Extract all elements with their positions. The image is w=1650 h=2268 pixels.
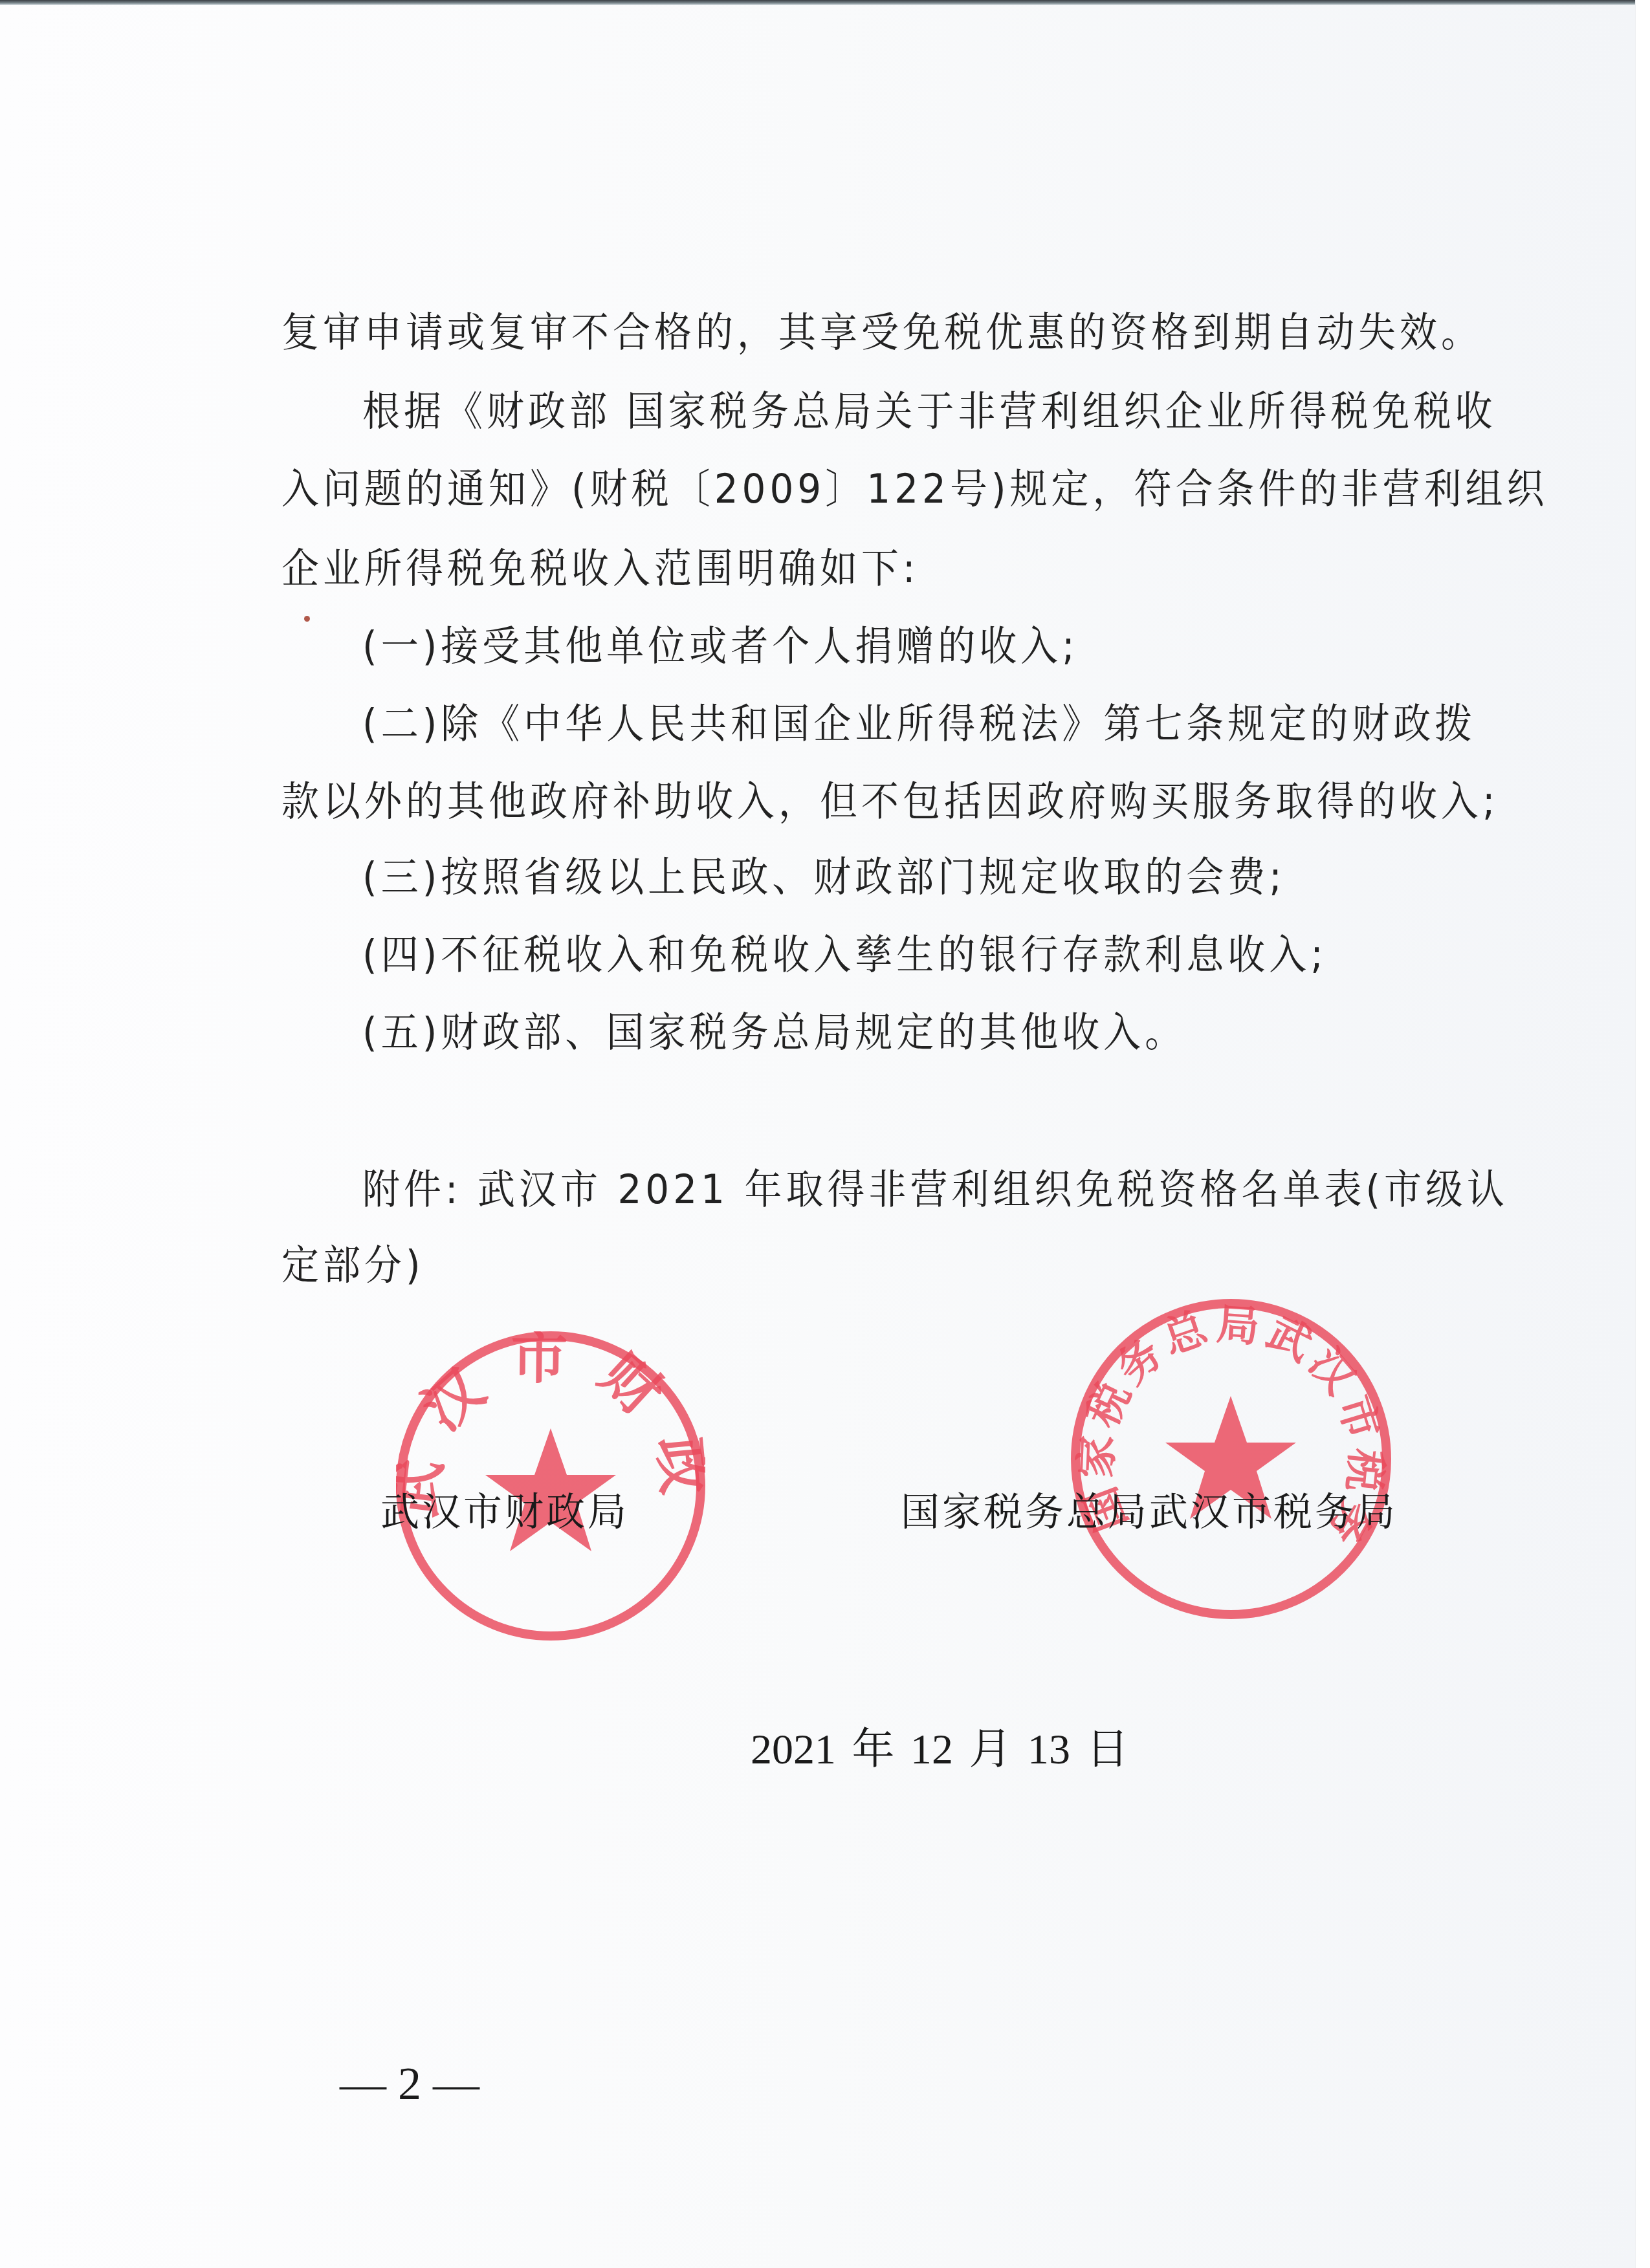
list-item-5: (五)财政部、国家税务总局规定的其他收入。 (362, 1004, 1186, 1060)
list-item-1: (一)接受其他单位或者个人捐赠的收入; (362, 618, 1079, 673)
scanner-top-edge (0, 0, 1650, 5)
list-item-4: (四)不征税收入和免税收入孳生的银行存款利息收入; (362, 926, 1327, 982)
tax-bureau-seal: 国家税务总局武汉市税务局 (1071, 1299, 1391, 1619)
list-item-2: (二)除《中华人民共和国企业所得税法》第七条规定的财政拨 (362, 695, 1476, 751)
paragraph-line-3: 入问题的通知》(财税〔2009〕122号)规定，符合条件的非营利组织 (281, 461, 1466, 516)
ink-speck (304, 616, 310, 622)
paragraph-line-2: 根据《财政部 国家税务总局关于非营利组织企业所得税免税收 (362, 383, 1496, 439)
attachment-line: 附件: 武汉市 2021 年取得非营利组织免税资格名单表(市级认 (362, 1161, 1508, 1217)
issue-date: 2021 年 12 月 13 日 (751, 1714, 1129, 1776)
paragraph-line-1: 复审申请或复审不合格的，其享受免税优惠的资格到期自动失效。 (281, 304, 1466, 360)
paragraph-line-4: 企业所得税免税收入范围明确如下: (281, 540, 919, 596)
signature-finance-bureau: 武汉市财政局 (380, 1481, 629, 1537)
list-item-2-continued: 款以外的其他政府补助收入，但不包括因政府购买服务取得的收入; (281, 773, 1466, 829)
signature-tax-bureau: 国家税务总局武汉市税务局 (901, 1481, 1398, 1537)
page-number: — 2 — (340, 2057, 479, 2111)
scanner-right-edge (1635, 0, 1650, 2268)
seal-star-icon: 国家税务总局武汉市税务局 (1071, 1299, 1391, 1619)
list-item-3: (三)按照省级以上民政、财政部门规定收取的会费; (362, 849, 1286, 904)
attachment-line-continued: 定部分) (281, 1237, 424, 1292)
